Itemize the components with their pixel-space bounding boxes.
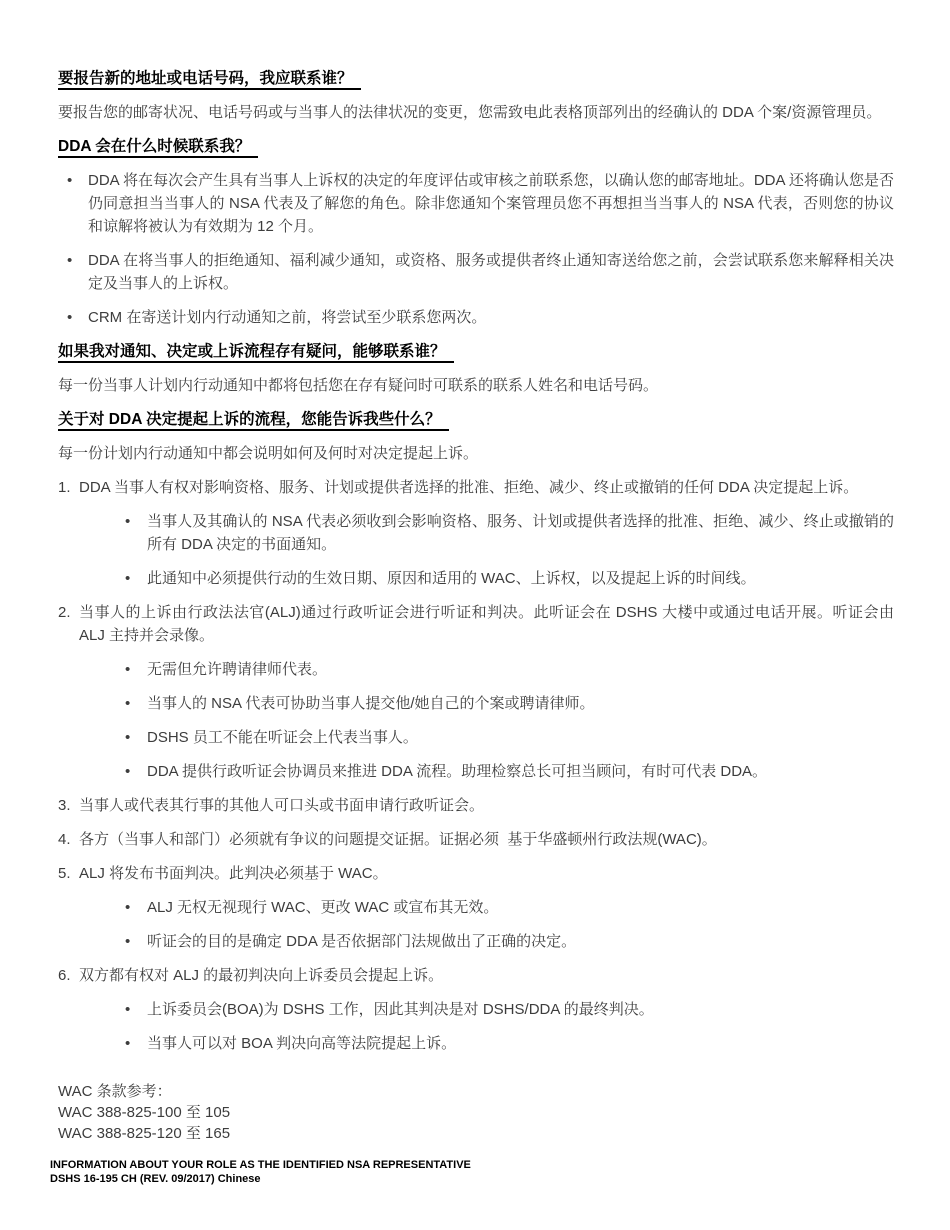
sub-bullet-item: • 无需但允许聘请律师代表。	[58, 658, 894, 681]
sub-bullet-item: • ALJ 无权无视现行 WAC、更改 WAC 或宣布其无效。	[58, 896, 894, 919]
footer-document-title: INFORMATION ABOUT YOUR ROLE AS THE IDENT…	[50, 1158, 894, 1172]
numbered-item-text: ALJ 将发布书面判决。此判决必须基于 WAC。	[79, 862, 894, 885]
sub-bullet-item: • 此通知中必须提供行动的生效日期、原因和适用的 WAC、上诉权，以及提起上诉的…	[58, 567, 894, 590]
sub-bullet-item: • 上诉委员会(BOA)为 DSHS 工作，因此其判决是对 DSHS/DDA 的…	[58, 998, 894, 1021]
sub-bullet-text: 听证会的目的是确定 DDA 是否依据部门法规做出了正确的决定。	[147, 930, 894, 953]
numbered-item-text: 各方（当事人和部门）必须就有争议的问题提交证据。证据必须 基于华盛顿州行政法规(…	[79, 828, 894, 851]
sub-bullet-item: • DDA 提供行政听证会协调员来推进 DDA 流程。助理检察总长可担当顾问，有…	[58, 760, 894, 783]
section-heading-report-change: 要报告新的地址或电话号码，我应联系谁？	[58, 67, 894, 90]
list-number: 5.	[58, 862, 79, 885]
bullet-text: DDA 在将当事人的拒绝通知、福利减少通知，或资格、服务或提供者终止通知寄送给您…	[88, 249, 894, 295]
sub-bullet-item: • 当事人可以对 BOA 判决向高等法院提起上诉。	[58, 1032, 894, 1055]
bullet-icon: •	[125, 998, 147, 1021]
bullet-text: DDA 将在每次会产生具有当事人上诉权的决定的年度评估或审核之前联系您，以确认您…	[88, 169, 894, 238]
bullet-icon: •	[125, 510, 147, 556]
bullet-item: • DDA 在将当事人的拒绝通知、福利减少通知，或资格、服务或提供者终止通知寄送…	[58, 249, 894, 295]
wac-reference-line: WAC 388-825-120 至 165	[58, 1123, 894, 1144]
list-number: 6.	[58, 964, 79, 987]
numbered-item-6: 6. 双方都有权对 ALJ 的最初判决向上诉委员会提起上诉。	[58, 964, 894, 987]
numbered-item-text: 双方都有权对 ALJ 的最初判决向上诉委员会提起上诉。	[79, 964, 894, 987]
section-appeal-process: 关于对 DDA 决定提起上诉的流程，您能告诉我些什么？ 每一份计划内行动通知中都…	[58, 408, 894, 1055]
bullet-icon: •	[125, 692, 147, 715]
sub-bullet-text: 当事人及其确认的 NSA 代表必须收到会影响资格、服务、计划或提供者选择的批准、…	[147, 510, 894, 556]
numbered-item-text: 当事人的上诉由行政法法官(ALJ)通过行政听证会进行听证和判决。此听证会在 DS…	[79, 601, 894, 647]
numbered-item-4: 4. 各方（当事人和部门）必须就有争议的问题提交证据。证据必须 基于华盛顿州行政…	[58, 828, 894, 851]
section-heading-text: 关于对 DDA 决定提起上诉的流程，您能告诉我些什么？	[58, 411, 449, 431]
list-number: 3.	[58, 794, 79, 817]
bullet-icon: •	[67, 249, 88, 295]
document-page: 要报告新的地址或电话号码，我应联系谁？ 要报告您的邮寄状况、电话号码或与当事人的…	[0, 0, 950, 1230]
section-heading-questions-contact: 如果我对通知、决定或上诉流程存有疑问，能够联系谁？	[58, 340, 894, 363]
sub-bullet-text: DDA 提供行政听证会协调员来推进 DDA 流程。助理检察总长可担当顾问，有时可…	[147, 760, 894, 783]
wac-reference-title: WAC 条款参考：	[58, 1081, 894, 1102]
sub-bullet-item: • 当事人及其确认的 NSA 代表必须收到会影响资格、服务、计划或提供者选择的批…	[58, 510, 894, 556]
bullet-item: • CRM 在寄送计划内行动通知之前，将尝试至少联系您两次。	[58, 306, 894, 329]
bullet-icon: •	[125, 930, 147, 953]
section-report-address-change: 要报告新的地址或电话号码，我应联系谁？ 要报告您的邮寄状况、电话号码或与当事人的…	[58, 67, 894, 124]
bullet-icon: •	[125, 1032, 147, 1055]
sub-bullet-item: • DSHS 员工不能在听证会上代表当事人。	[58, 726, 894, 749]
list-number: 4.	[58, 828, 79, 851]
footer-form-number: DSHS 16-195 CH (REV. 09/2017) Chinese	[50, 1172, 894, 1186]
numbered-item-5: 5. ALJ 将发布书面判决。此判决必须基于 WAC。	[58, 862, 894, 885]
bullet-icon: •	[67, 306, 88, 329]
paragraph-report-change: 要报告您的邮寄状况、电话号码或与当事人的法律状况的变更，您需致电此表格顶部列出的…	[58, 101, 894, 124]
section-heading-text: 如果我对通知、决定或上诉流程存有疑问，能够联系谁？	[58, 343, 454, 363]
sub-bullet-text: 当事人可以对 BOA 判决向高等法院提起上诉。	[147, 1032, 894, 1055]
paragraph-appeal-intro: 每一份计划内行动通知中都会说明如何及何时对决定提起上诉。	[58, 442, 894, 465]
bullet-icon: •	[125, 896, 147, 919]
sub-bullet-text: ALJ 无权无视现行 WAC、更改 WAC 或宣布其无效。	[147, 896, 894, 919]
sub-bullet-text: 无需但允许聘请律师代表。	[147, 658, 894, 681]
paragraph-questions-contact: 每一份当事人计划内行动通知中都将包括您在存有疑问时可联系的联系人姓名和电话号码。	[58, 374, 894, 397]
numbered-item-text: 当事人或代表其行事的其他人可口头或书面申请行政听证会。	[79, 794, 894, 817]
section-heading-text: 要报告新的地址或电话号码，我应联系谁？	[58, 70, 361, 90]
numbered-item-3: 3. 当事人或代表其行事的其他人可口头或书面申请行政听证会。	[58, 794, 894, 817]
bullet-icon: •	[67, 169, 88, 238]
sub-bullet-item: • 当事人的 NSA 代表可协助当事人提交他/她自己的个案或聘请律师。	[58, 692, 894, 715]
list-number: 1.	[58, 476, 79, 499]
section-heading-text: DDA 会在什么时候联系我？	[58, 138, 258, 158]
bullet-icon: •	[125, 567, 147, 590]
sub-bullet-text: DSHS 员工不能在听证会上代表当事人。	[147, 726, 894, 749]
sub-bullet-text: 此通知中必须提供行动的生效日期、原因和适用的 WAC、上诉权，以及提起上诉的时间…	[147, 567, 894, 590]
bullet-icon: •	[125, 658, 147, 681]
sub-bullet-item: • 听证会的目的是确定 DDA 是否依据部门法规做出了正确的决定。	[58, 930, 894, 953]
section-heading-appeal-process: 关于对 DDA 决定提起上诉的流程，您能告诉我些什么？	[58, 408, 894, 431]
sub-bullet-text: 当事人的 NSA 代表可协助当事人提交他/她自己的个案或聘请律师。	[147, 692, 894, 715]
numbered-item-2: 2. 当事人的上诉由行政法法官(ALJ)通过行政听证会进行听证和判决。此听证会在…	[58, 601, 894, 647]
wac-reference: WAC 条款参考： WAC 388-825-100 至 105 WAC 388-…	[58, 1081, 894, 1144]
bullet-text: CRM 在寄送计划内行动通知之前，将尝试至少联系您两次。	[88, 306, 894, 329]
page-footer: INFORMATION ABOUT YOUR ROLE AS THE IDENT…	[50, 1158, 894, 1186]
section-heading-when-contact: DDA 会在什么时候联系我？	[58, 135, 894, 158]
numbered-item-text: DDA 当事人有权对影响资格、服务、计划或提供者选择的批准、拒绝、减少、终止或撤…	[79, 476, 894, 499]
list-number: 2.	[58, 601, 79, 647]
bullet-icon: •	[125, 760, 147, 783]
wac-reference-line: WAC 388-825-100 至 105	[58, 1102, 894, 1123]
section-questions-contact: 如果我对通知、决定或上诉流程存有疑问，能够联系谁？ 每一份当事人计划内行动通知中…	[58, 340, 894, 397]
bullet-icon: •	[125, 726, 147, 749]
sub-bullet-text: 上诉委员会(BOA)为 DSHS 工作，因此其判决是对 DSHS/DDA 的最终…	[147, 998, 894, 1021]
section-when-dda-contacts: DDA 会在什么时候联系我？ • DDA 将在每次会产生具有当事人上诉权的决定的…	[58, 135, 894, 329]
numbered-item-1: 1. DDA 当事人有权对影响资格、服务、计划或提供者选择的批准、拒绝、减少、终…	[58, 476, 894, 499]
bullet-item: • DDA 将在每次会产生具有当事人上诉权的决定的年度评估或审核之前联系您，以确…	[58, 169, 894, 238]
